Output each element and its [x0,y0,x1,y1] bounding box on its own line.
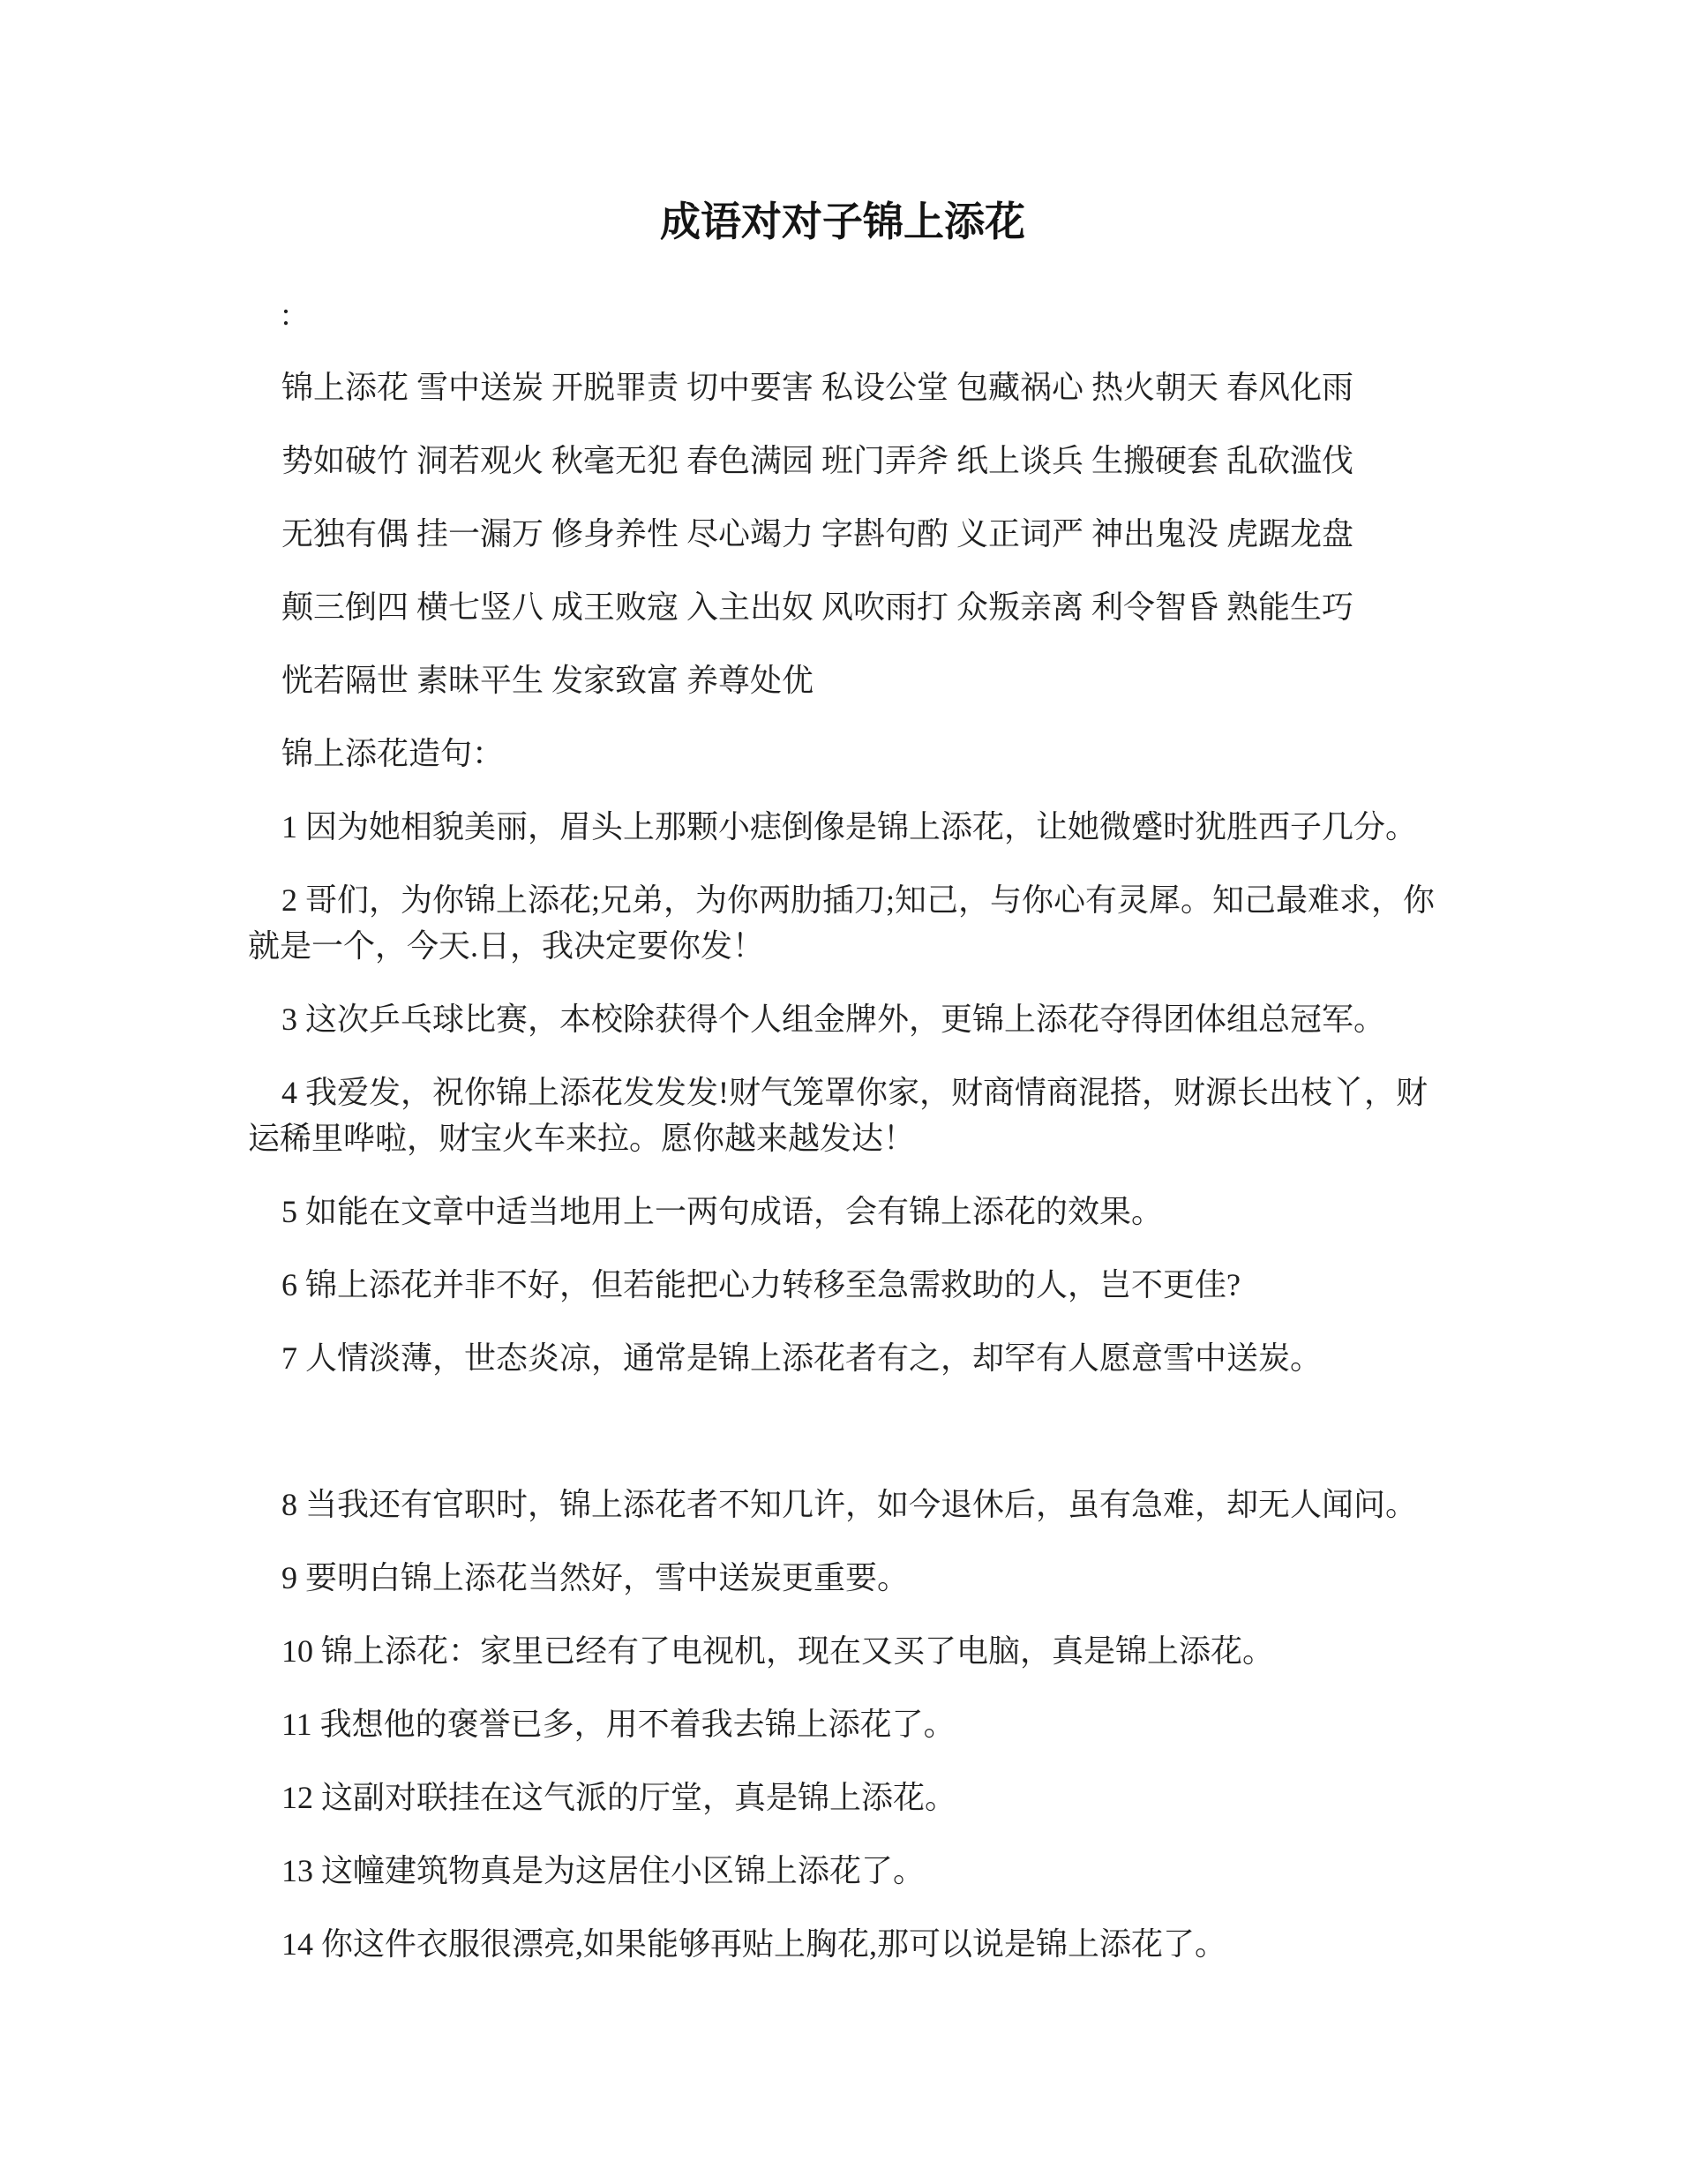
sentence: 14 你这件衣服很漂亮,如果能够再贴上胸花,那可以说是锦上添花了。 [248,1921,1437,1967]
sentence-text: 我想他的褒誉已多，用不着我去锦上添花了。 [320,1707,956,1742]
idiom-row: 无独有偶 挂一漏万 修身养性 尽心竭力 字斟句酌 义正词严 神出鬼没 虎踞龙盘 [248,511,1437,557]
sentence: 5 如能在文章中适当地用上一两句成语，会有锦上添花的效果。 [248,1189,1437,1235]
sentence-number: 8 [281,1487,297,1522]
sentence: 7 人情淡薄，世态炎凉，通常是锦上添花者有之，却罕有人愿意雪中送炭。 [248,1335,1437,1381]
sentence: 1 因为她相貌美丽，眉头上那颗小痣倒像是锦上添花，让她微蹙时犹胜西子几分。 [248,804,1437,850]
sentence-number: 2 [281,882,297,918]
sentence-number: 7 [281,1340,297,1376]
idiom-row: 恍若隔世 素昧平生 发家致富 养尊处优 [248,657,1437,703]
sentence-text: 当我还有官职时，锦上添花者不知几许，如今退休后，虽有急难，却无人闻问。 [305,1487,1417,1522]
sentence: 2 哥们，为你锦上添花;兄弟，为你两肋插刀;知己，与你心有灵犀。知己最难求，你就… [248,877,1437,969]
sentence: 9 要明白锦上添花当然好，雪中送炭更重要。 [248,1555,1437,1601]
idiom-row: 锦上添花 雪中送炭 开脱罪责 切中要害 私设公堂 包藏祸心 热火朝天 春风化雨 [248,364,1437,410]
sentence-number: 6 [281,1267,297,1302]
document-page: 成语对对子锦上添花 : 锦上添花 雪中送炭 开脱罪责 切中要害 私设公堂 包藏祸… [0,0,1687,2184]
sentence-text: 因为她相貌美丽，眉头上那颗小痣倒像是锦上添花，让她微蹙时犹胜西子几分。 [305,809,1417,844]
sentence-text: 锦上添花：家里已经有了电视机，现在又买了电脑，真是锦上添花。 [321,1633,1274,1669]
sentence-text: 要明白锦上添花当然好，雪中送炭更重要。 [305,1560,909,1595]
caption-label: 锦上添花造句： [248,731,1437,777]
sentence: 11 我想他的褒誉已多，用不着我去锦上添花了。 [248,1701,1437,1747]
sentence-number: 14 [281,1926,313,1962]
sentence-number: 3 [281,1002,297,1037]
sentence: 13 这幢建筑物真是为这居住小区锦上添花了。 [248,1848,1437,1894]
sentence: 4 我爱发，祝你锦上添花发发发!财气笼罩你家，财商情商混搭，财源长出枝丫，财运稀… [248,1069,1437,1161]
sentence-number: 12 [281,1780,313,1815]
document-title: 成语对对子锦上添花 [248,196,1437,249]
sentence-text: 人情淡薄，世态炎凉，通常是锦上添花者有之，却罕有人愿意雪中送炭。 [305,1340,1322,1376]
sentence-number: 11 [281,1707,312,1742]
colon-line: : [248,291,1437,337]
sentence: 12 这副对联挂在这气派的厅堂，真是锦上添花。 [248,1775,1437,1820]
sentence-text: 你这件衣服很漂亮,如果能够再贴上胸花,那可以说是锦上添花了。 [321,1926,1226,1962]
sentence-number: 4 [281,1075,297,1110]
sentence-number: 13 [281,1853,313,1888]
sentence-number: 5 [281,1194,297,1229]
sentence-text: 这副对联挂在这气派的厅堂，真是锦上添花。 [321,1780,956,1815]
sentence-number: 1 [281,809,297,844]
sentence: 10 锦上添花：家里已经有了电视机，现在又买了电脑，真是锦上添花。 [248,1628,1437,1674]
sentence-text: 我爱发，祝你锦上添花发发发!财气笼罩你家，财商情商混搭，财源长出枝丫，财运稀里哗… [248,1075,1428,1156]
idiom-row: 势如破竹 洞若观火 秋毫无犯 春色满园 班门弄斧 纸上谈兵 生搬硬套 乱砍滥伐 [248,438,1437,484]
idiom-row: 颠三倒四 横七竖八 成王败寇 入主出奴 风吹雨打 众叛亲离 利令智昏 熟能生巧 [248,584,1437,630]
sentence-text: 锦上添花并非不好，但若能把心力转移至急需救助的人，岂不更佳? [305,1267,1241,1302]
sentence: 8 当我还有官职时，锦上添花者不知几许，如今退休后，虽有急难，却无人闻问。 [248,1482,1437,1527]
sentence-text: 这次乒乓球比赛，本校除获得个人组金牌外，更锦上添花夺得团体组总冠军。 [305,1002,1385,1037]
sentence: 6 锦上添花并非不好，但若能把心力转移至急需救助的人，岂不更佳? [248,1262,1437,1308]
sentence-number: 9 [281,1560,297,1595]
blank-line [248,1408,1437,1454]
sentence: 3 这次乒乓球比赛，本校除获得个人组金牌外，更锦上添花夺得团体组总冠军。 [248,996,1437,1042]
sentence-text: 哥们，为你锦上添花;兄弟，为你两肋插刀;知己，与你心有灵犀。知己最难求，你就是一… [248,882,1435,964]
sentence-text: 如能在文章中适当地用上一两句成语，会有锦上添花的效果。 [305,1194,1163,1229]
sentence-text: 这幢建筑物真是为这居住小区锦上添花了。 [321,1853,925,1888]
sentence-number: 10 [281,1633,313,1669]
